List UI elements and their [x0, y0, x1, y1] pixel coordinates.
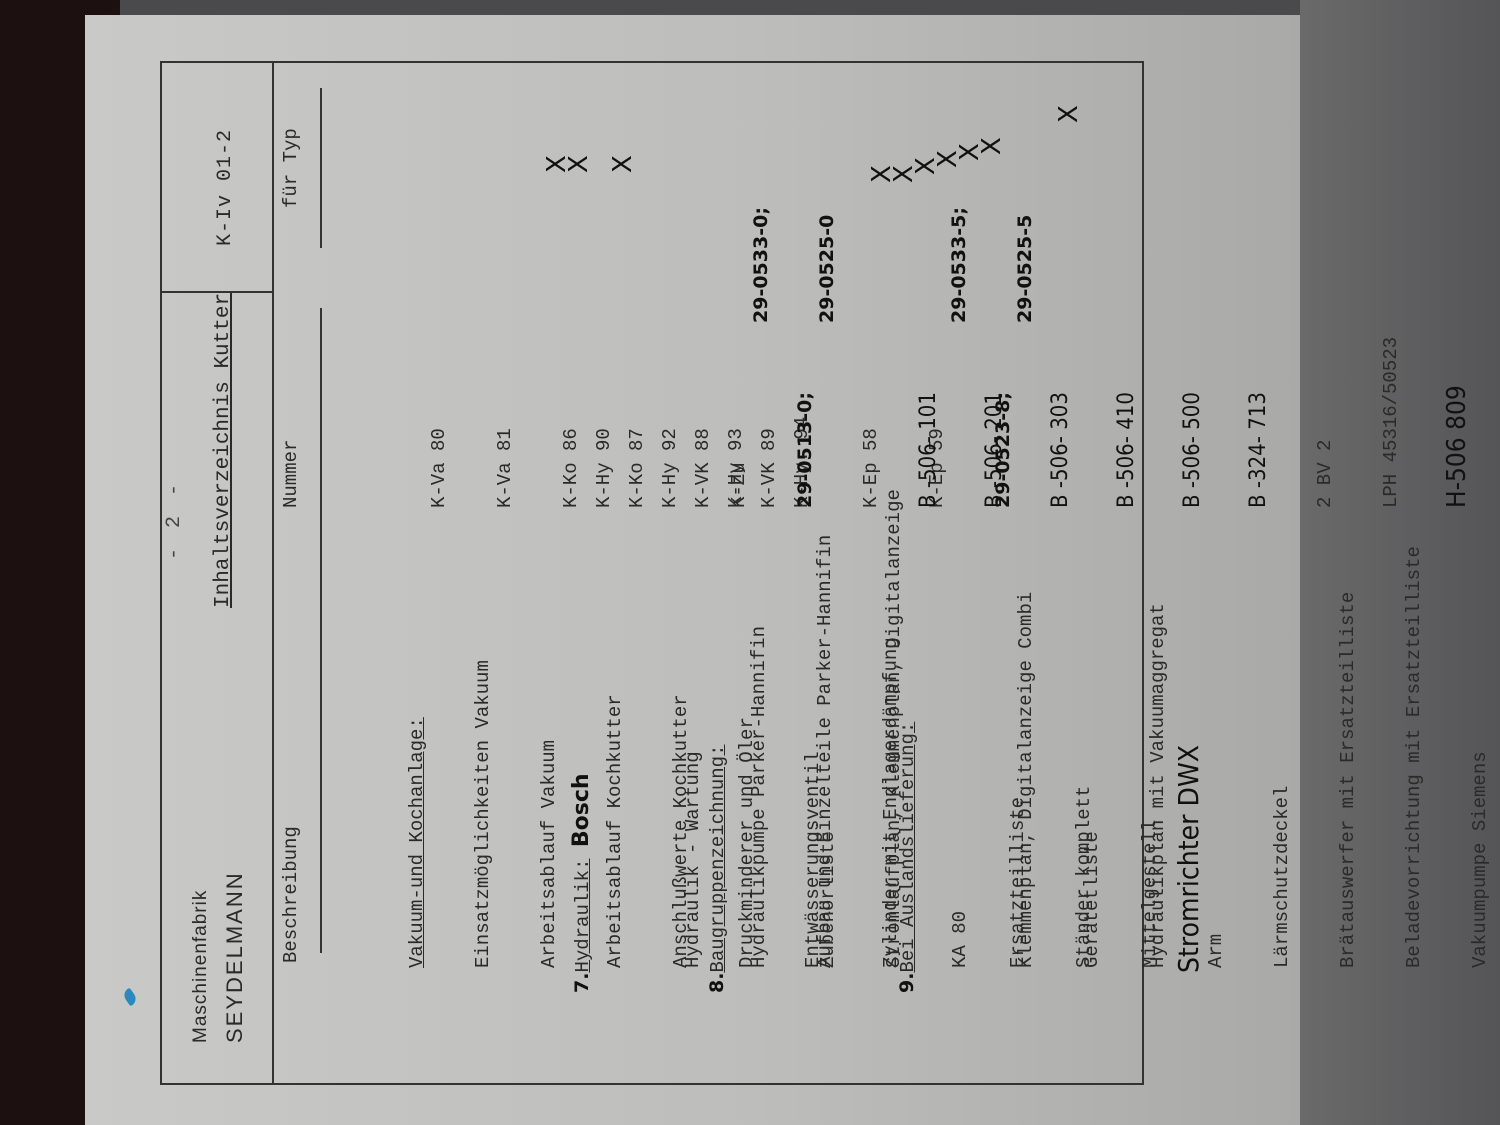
row-number: K-Va 81 [494, 428, 516, 508]
handwritten-footer: Stromrichter DWX [1172, 745, 1205, 973]
column-header-for-type: für Typ [280, 128, 302, 208]
section-title: Baugruppenzeichnung: [707, 745, 729, 973]
column-header-number: Nummer [280, 440, 302, 508]
row-desc: Zubehörliste [817, 489, 839, 968]
header: Maschinenfabrik SEYDELMANN Inhaltsverzei… [162, 63, 274, 1083]
row-number: B -506- 303 [1050, 337, 1072, 508]
handwritten-note: Bosch [569, 773, 594, 847]
column-header-description: Beschreibung [280, 826, 302, 963]
check-mark: X [977, 137, 1007, 155]
row-desc: Ständer komplett [1073, 546, 1095, 968]
table-frame: Maschinenfabrik SEYDELMANN Inhaltsverzei… [160, 61, 1144, 1085]
check-mark: X [1054, 105, 1084, 123]
check-mark: X [608, 155, 638, 173]
row-number: B -506- 201 [984, 337, 1006, 508]
row-extra: 29-0533-0; [750, 207, 772, 323]
company-block: Maschinenfabrik SEYDELMANN [184, 871, 252, 1043]
document-page: - 2 - Maschinenfabrik SEYDELMANN Inhalts… [85, 15, 1300, 1125]
row-desc: Brätauswerfer mit Ersatzteilliste [1337, 546, 1359, 968]
company-line1: Maschinenfabrik [184, 871, 218, 1043]
row-number: K-Va 80 [428, 428, 450, 508]
rule [320, 503, 322, 953]
row-number: 29-0513-0; [794, 392, 816, 508]
numbers-baugruppen-extra: 29-0533-0; 29-0525-0 29-0533-5; 29-0525-… [706, 207, 1080, 323]
row-desc: Vakuumpumpe Siemens [1469, 546, 1491, 968]
row-number: H-506 809 [1446, 337, 1468, 508]
row-number: B -506- 101 [918, 337, 940, 508]
row-desc: Arm [1205, 546, 1227, 968]
check-mark: X [564, 155, 594, 173]
ink-mark [121, 988, 138, 1007]
section-title: Vakuum-und Kochanlage: [406, 660, 428, 968]
numbers-ausland: B -506- 101 B -506- 201 B -506- 303 B -5… [874, 337, 1500, 508]
section-title: Bei Auslandslieferung: [897, 722, 919, 973]
row-desc: Ersatzteilliste [1007, 546, 1029, 968]
row-desc: Lärmschutzdeckel [1271, 546, 1293, 968]
doc-code-cell: K-Iv 01-2 [162, 61, 272, 293]
row-number: K-Zu [728, 392, 750, 508]
section-index: 8. [706, 973, 728, 993]
doc-code: K-Iv 01-2 [214, 129, 237, 246]
row-desc: Beladevorrichtung mit Ersatzteilliste [1403, 546, 1425, 968]
row-number: LPH 45316/50523 [1380, 337, 1402, 508]
company-name: SEYDELMANN [218, 871, 252, 1043]
row-number: B -506- 410 [1116, 337, 1138, 508]
rule [320, 88, 322, 248]
row-desc: Einsatzmöglichkeiten Vakuum [472, 660, 494, 968]
spacer [882, 207, 904, 323]
row-extra: 29-0525-5 [1014, 207, 1036, 323]
row-number: B -506- 500 [1182, 337, 1204, 508]
row-number: 2 BV 2 [1314, 337, 1336, 508]
row-number: B -324- 713 [1248, 337, 1270, 508]
row-extra: 29-0525-0 [816, 207, 838, 323]
section-title: Hydraulik: [572, 859, 594, 973]
row-number: K-Hy 90 [593, 417, 615, 508]
document-title: Inhaltsverzeichnis Kutter [212, 293, 235, 608]
section-index: 7. [571, 973, 593, 993]
row-desc: Mittelgestell [1139, 546, 1161, 968]
rule [320, 308, 322, 508]
row-extra: 29-0533-5; [948, 207, 970, 323]
section-index: 9. [896, 973, 918, 993]
